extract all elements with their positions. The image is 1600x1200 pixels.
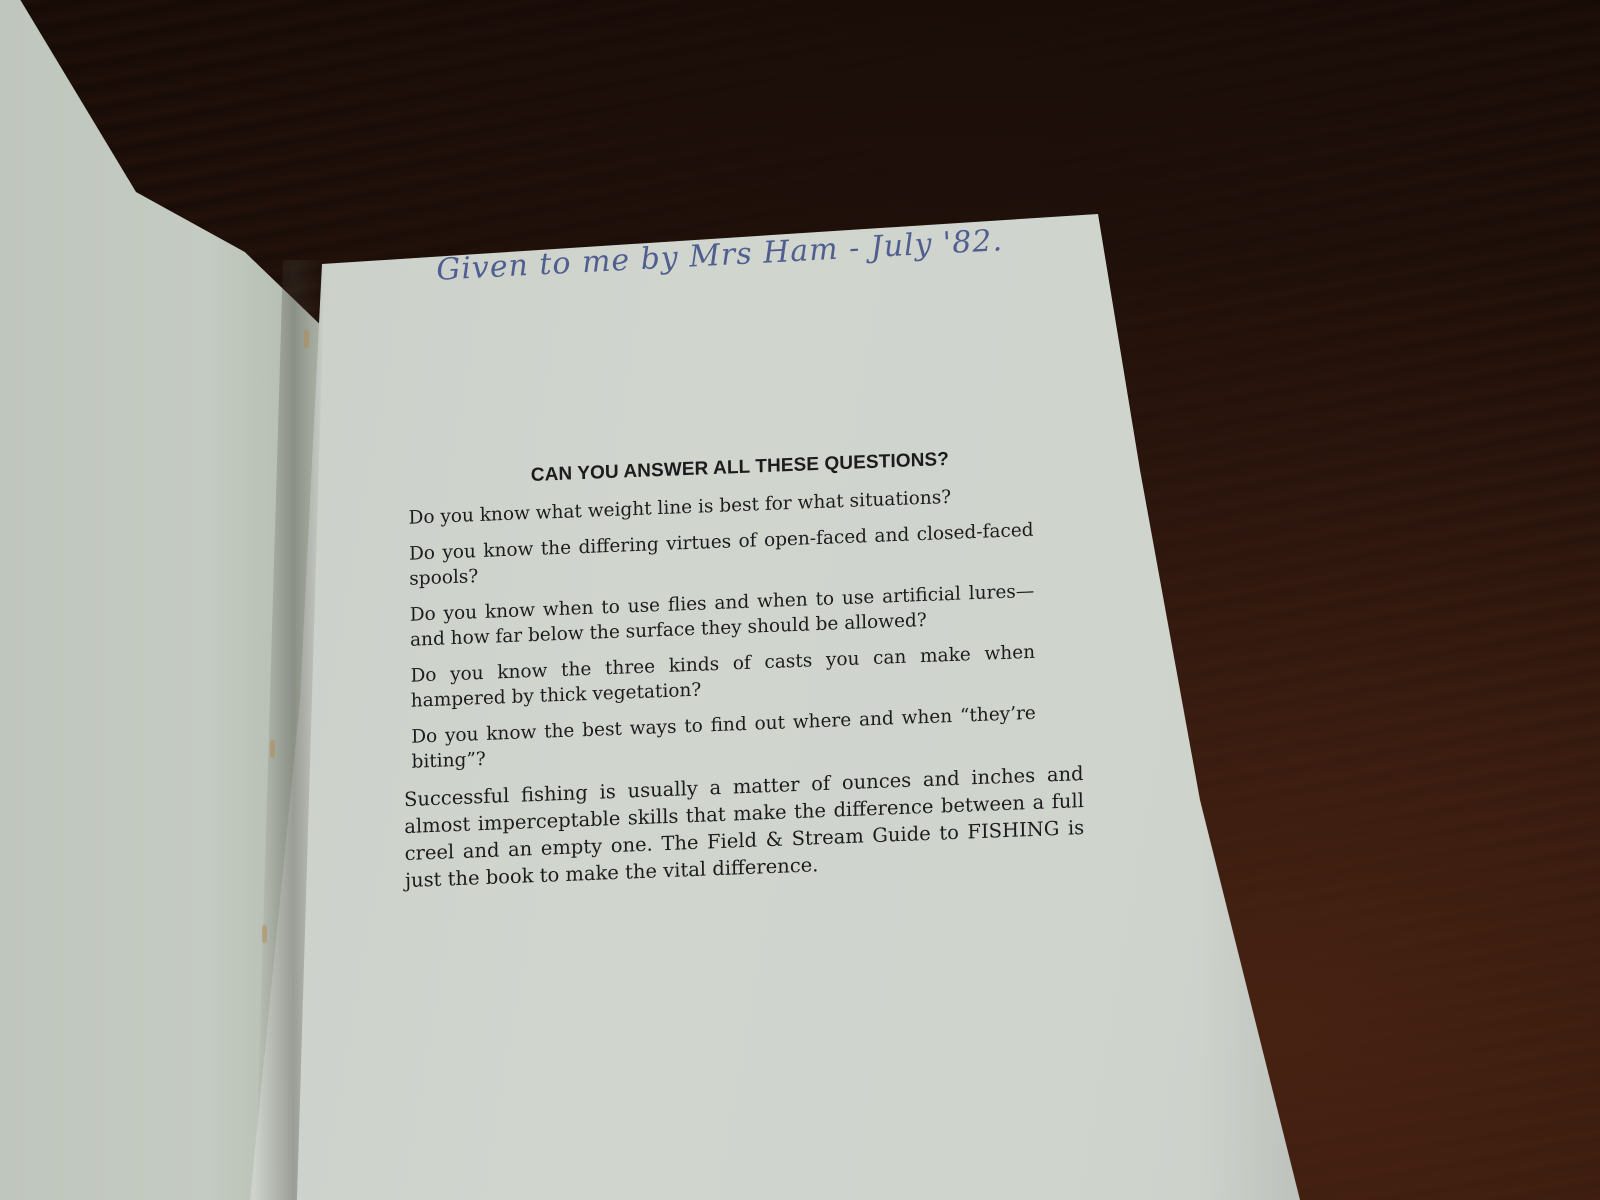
question-item: Do you know the three kinds of casts you… bbox=[410, 640, 1035, 714]
question-item: Do you know the differing virtues of ope… bbox=[409, 518, 1034, 592]
page-stain bbox=[304, 330, 309, 348]
question-item: Do you know when to use flies and when t… bbox=[410, 579, 1035, 653]
page-stain bbox=[262, 925, 267, 943]
question-item: Do you know the best ways to find out wh… bbox=[411, 701, 1036, 775]
page-content: CAN YOU ANSWER ALL THESE QUESTIONS? Do y… bbox=[400, 444, 1085, 894]
page-stain bbox=[270, 740, 275, 758]
